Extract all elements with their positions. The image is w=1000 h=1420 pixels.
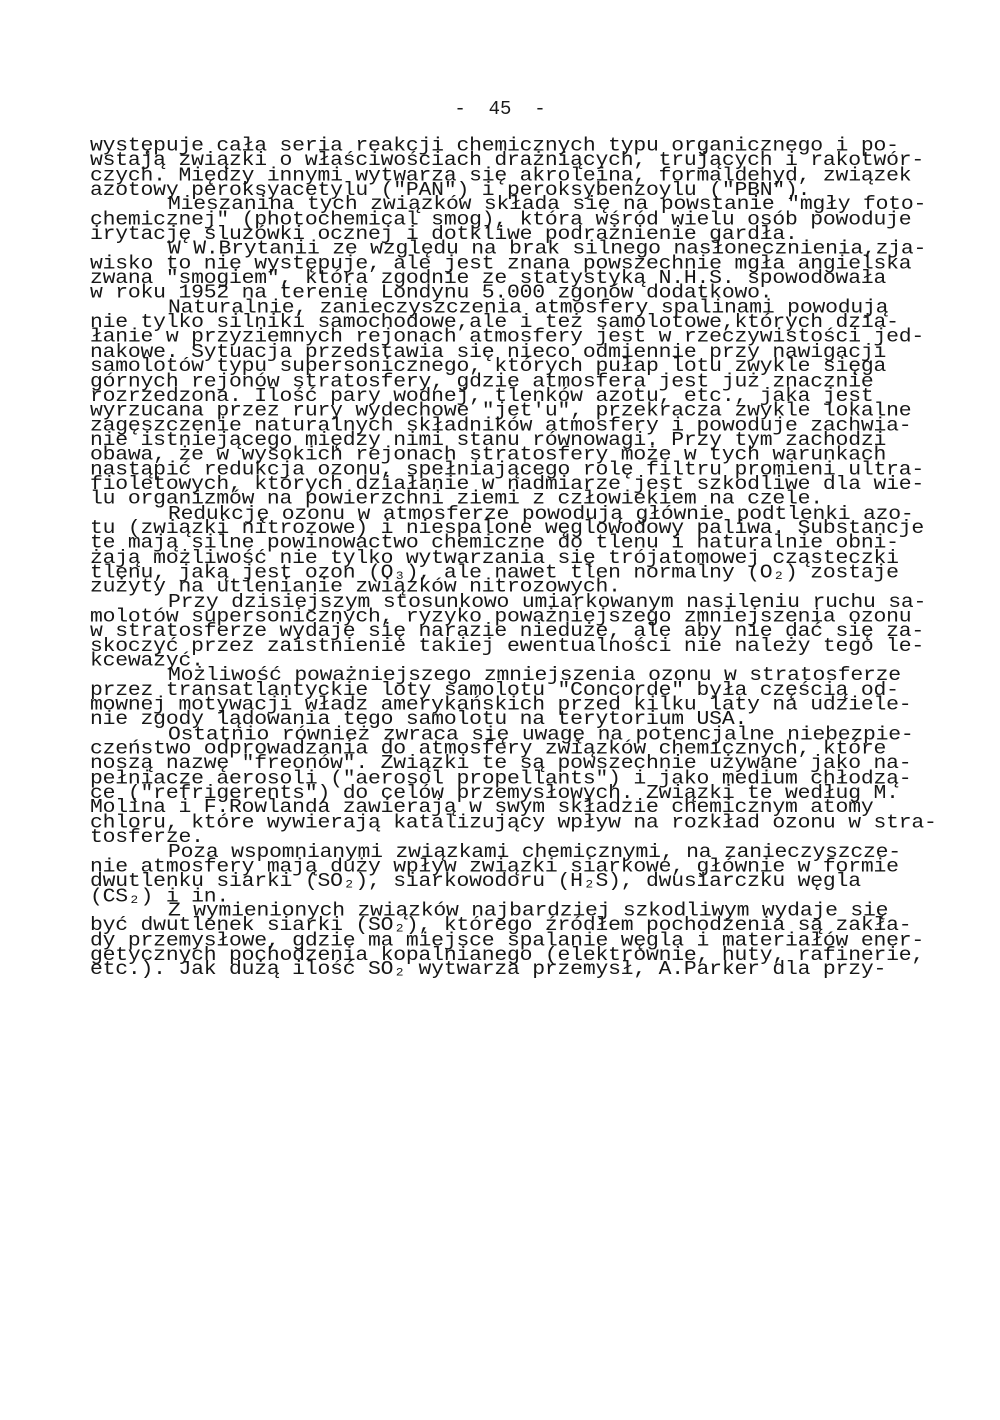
paragraph: Naturalnie, zanieczyszczenia atmosfery s… [90, 301, 920, 507]
text-line: etc.). Jak dużą ilość SO₂ wytwarza przem… [90, 963, 920, 978]
paragraph: Z wymienionych związków najbardziej szko… [90, 904, 920, 978]
document-page: - 45 - występuje cała seria reakcji chem… [0, 0, 1000, 1420]
page-number: - 45 - [0, 98, 1000, 120]
paragraph: Poza wspomnianymi związkami chemicznymi,… [90, 845, 920, 904]
text-line: chloru, które wywierają katalizujący wpł… [90, 816, 920, 831]
paragraph: Redukcję ozonu w atmosferze powodują głó… [90, 507, 920, 595]
paragraph: występuje cała seria reakcji chemicznych… [90, 139, 920, 198]
paragraph: Mieszanina tych związków składa się na p… [90, 198, 920, 242]
body-text: występuje cała seria reakcji chemicznych… [90, 139, 920, 977]
paragraph: W W.Brytanii ze względu na brak silnego … [90, 242, 920, 301]
text-line: skoczyć przez zaistnienie takiej ewentua… [90, 639, 920, 654]
paragraph: Ostatnio również zwraca się uwagę na pot… [90, 727, 920, 845]
paragraph: Możliwość poważniejszego zmniejszenia oz… [90, 669, 920, 728]
paragraph: Przy dzisiejszym stosunkowo umiarkowanym… [90, 595, 920, 669]
